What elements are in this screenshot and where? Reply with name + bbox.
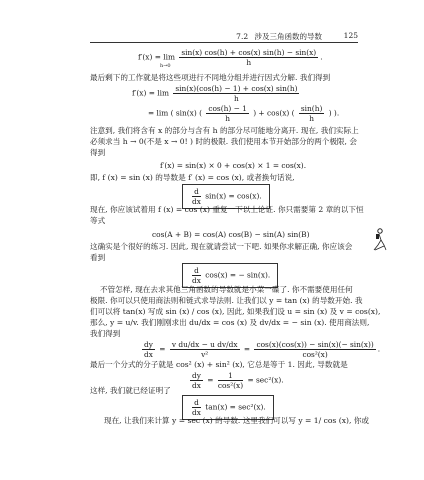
- eq1-denominator: h: [179, 58, 318, 67]
- eq6-mid-numerator: v du/dx − u dv/dx: [170, 340, 240, 350]
- equation-factored: = lim ( sin(x) ( cos(h) − 1 h ) + cos(x)…: [148, 104, 339, 123]
- eq6-rhs-denominator: cos²(x): [254, 350, 375, 359]
- eq7-rest: = sec²(x).: [247, 376, 283, 385]
- eq3-fraction-1: cos(h) − 1 h: [206, 104, 249, 123]
- equation-sin-result: f′(x) = sin(x) × 0 + cos(x) × 1 = cos(x)…: [160, 161, 306, 170]
- eq2-fraction: sin(x)(cos(h) − 1) + cos(x) sin(h) h: [173, 84, 299, 103]
- equation-cos-identity: cos(A + B) = cos(A) cos(B) − sin(A) sin(…: [152, 230, 310, 239]
- box1-numerator: d: [192, 187, 201, 197]
- equation-regrouped: f′(x) = lim sin(x)(cos(h) − 1) + cos(x) …: [132, 84, 301, 103]
- box2-denominator: dx: [192, 276, 201, 285]
- box3-expression: tan(x) = sec²(x).: [205, 403, 266, 412]
- eq7-fraction: 1 cos²(x): [218, 371, 243, 390]
- book-page: 7.2 涉及三角函数的导数 125 f′(x) = lim sin(x) cos…: [0, 0, 424, 480]
- eq6-mid-fraction: v du/dx − u dv/dx v²: [170, 340, 240, 359]
- eq3-denominator-2: h: [299, 114, 324, 123]
- paragraph-other-trig-line5: 我们得到: [90, 329, 120, 339]
- eq1-numerator: sin(x) cos(h) + cos(x) sin(h) − sin(x): [179, 48, 318, 58]
- paragraph-regroup: 最后剩下的工作就是将这些项进行不同地分组并进行因式分解. 我们得到: [90, 73, 330, 83]
- paragraph-note-line2: 必须求当 h → 0(不是 x → 0! ) 时的极限. 我们使用本节开始部分的…: [90, 137, 357, 147]
- box3-numerator: d: [192, 398, 201, 408]
- eq7-numerator: 1: [218, 371, 243, 381]
- eq6-lhs-denominator: dx: [142, 350, 155, 359]
- eq1-limit-subscript: h→0: [160, 62, 171, 71]
- paragraph-practice-line2: 看到: [90, 253, 105, 263]
- eq3-numerator-1: cos(h) − 1: [206, 104, 249, 114]
- eq3-part-c: ) ).: [329, 109, 339, 118]
- eq3-fraction-2: sin(h) h: [299, 104, 324, 123]
- paragraph-proved: 这样, 我们就已经证明了: [90, 386, 171, 396]
- page-number: 125: [344, 31, 358, 40]
- eq1-lhs: f′(x) = lim: [138, 53, 175, 62]
- box1-expression: sin(x) = cos(x).: [205, 192, 261, 201]
- paragraph-sec-derivative: 现在, 让我们来计算 y = sec (x) 的导数. 这里我们可以写 y = …: [104, 416, 369, 426]
- eq7-denominator: cos²(x): [218, 381, 243, 390]
- eq3-denominator-1: h: [206, 114, 249, 123]
- eq1-end: .: [320, 53, 322, 62]
- eq3-part-a: ( sin(x) (: [171, 109, 202, 118]
- paragraph-other-trig-line1: 不管怎样, 现在去求其他三角函数的导数就是小菜一碟了. 你不需要使用任何: [100, 285, 353, 295]
- paragraph-numerator-identity: 最后一个分式的分子就是 cos² (x) + sin² (x), 它总是等于 1…: [90, 360, 348, 370]
- eq6-rhs-numerator: cos(x)(cos(x)) − sin(x)(− sin(x)): [254, 340, 375, 350]
- walking-person-icon: [372, 228, 388, 252]
- d-dx-fraction: d dx: [192, 187, 201, 206]
- eq1-fraction: sin(x) cos(h) + cos(x) sin(h) − sin(x) h: [179, 48, 318, 67]
- section-title: 涉及三角函数的导数: [255, 32, 323, 41]
- equation-tan-result: dy dx = 1 cos²(x) = sec²(x).: [188, 371, 284, 390]
- paragraph-practice-line1: 这确实是个很好的练习. 因此, 现在就请尝试一下吧. 如果你求解正确, 你应该会: [90, 242, 352, 252]
- eq2-numerator: sin(x)(cos(h) − 1) + cos(x) sin(h): [173, 84, 299, 94]
- eq2-denominator: h: [173, 94, 299, 103]
- d-dx-fraction: d dx: [192, 398, 201, 417]
- eq7-lhs-fraction: dy dx: [190, 371, 203, 390]
- paragraph-other-trig-line3: 们可以将 tan(x) 写成 sin (x) / cos (x), 因此, 如果…: [90, 307, 380, 317]
- eq3-lhs: = lim: [148, 109, 168, 118]
- box2-numerator: d: [192, 266, 201, 276]
- eq6-mid-denominator: v²: [170, 350, 240, 359]
- eq7-lhs-denominator: dx: [190, 381, 203, 390]
- eq6-lhs-fraction: dy dx: [142, 340, 155, 359]
- running-header: 7.2 涉及三角函数的导数 125: [90, 30, 358, 43]
- paragraph-sin-derivative: 即, f (x) = sin (x) 的导数是 f′ (x) = cos (x)…: [90, 173, 295, 183]
- paragraph-other-trig-line4: 那么, y = u/v. 我们刚刚求出 du/dx = cos (x) 及 dv…: [90, 318, 369, 328]
- eq3-numerator-2: sin(h): [299, 104, 324, 114]
- equation-quotient-rule: dy dx = v du/dx − u dv/dx v² = cos(x)(co…: [140, 340, 380, 359]
- paragraph-note-line1: 注意到, 我们将含有 x 的部分与含有 h 的部分尽可能地分离开. 现在, 我们…: [90, 126, 359, 136]
- section-heading: 7.2 涉及三角函数的导数: [232, 31, 322, 42]
- eq6-rhs-fraction: cos(x)(cos(x)) − sin(x)(− sin(x)) cos²(x…: [254, 340, 375, 359]
- eq7-lhs-numerator: dy: [190, 371, 203, 381]
- eq6-lhs-numerator: dy: [142, 340, 155, 350]
- paragraph-cos-exercise-line2: 等式: [90, 216, 105, 226]
- eq2-lhs: f′(x) = lim: [132, 89, 169, 98]
- d-dx-fraction: d dx: [192, 266, 201, 285]
- paragraph-note-line3: 得到: [90, 148, 105, 158]
- section-number: 7.2: [236, 32, 248, 41]
- paragraph-other-trig-line2: 极限. 你可以只使用商法则和链式求导法则. 让我们以 y = tan (x) 的…: [90, 296, 363, 306]
- paragraph-cos-exercise-line1: 现在, 你应该试着用 f (x) = cos (x) 重复一下以上论证. 你只需…: [90, 205, 364, 215]
- eq3-part-b: ) + cos(x) (: [253, 109, 294, 118]
- box2-expression: cos(x) = − sin(x).: [205, 271, 270, 280]
